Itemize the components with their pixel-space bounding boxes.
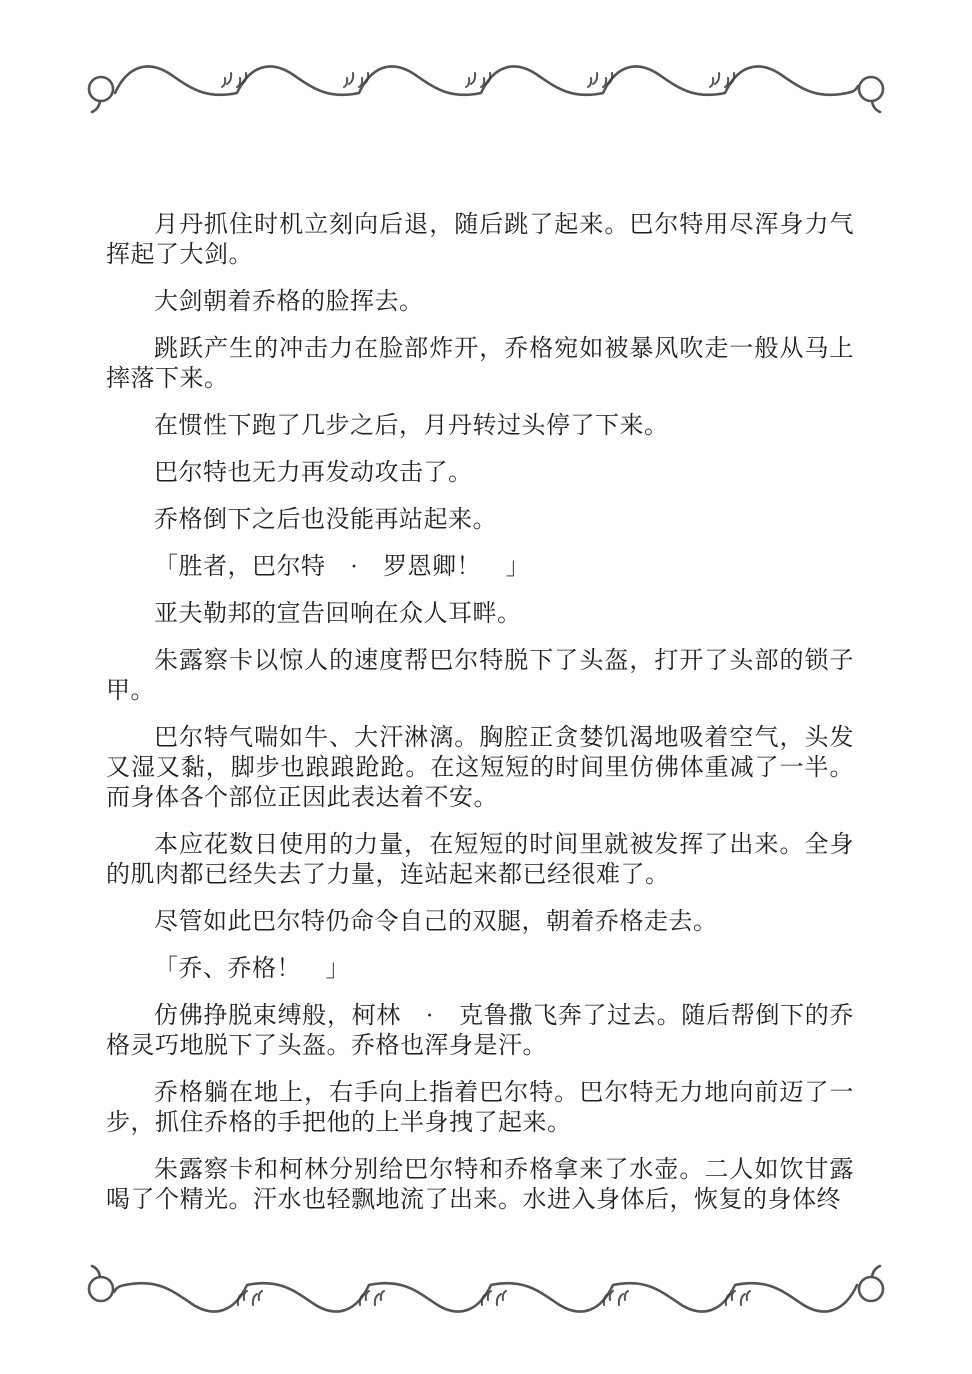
paragraph-dialogue: 「胜者，巴尔特 · 罗恩卿！ 」 xyxy=(106,552,854,582)
paragraph: 在惯性下跑了几步之后，月丹转过头停了下来。 xyxy=(106,411,854,441)
paragraph: 月丹抓住时机立刻向后退，随后跳了起来。巴尔特用尽浑身力气挥起了大剑。 xyxy=(106,210,854,270)
paragraph-dialogue: 「乔、乔格！ 」 xyxy=(106,954,854,984)
paragraph: 尽管如此巴尔特仍命令自己的双腿，朝着乔格走去。 xyxy=(106,907,854,937)
book-page: 月丹抓住时机立刻向后退，随后跳了起来。巴尔特用尽浑身力气挥起了大剑。 大剑朝着乔… xyxy=(0,0,972,1374)
paragraph: 朱露察卡和柯林分别给巴尔特和乔格拿来了水壶。二人如饮甘露喝了个精光。汗水也轻飘地… xyxy=(106,1155,854,1215)
paragraph: 朱露察卡以惊人的速度帮巴尔特脱下了头盔，打开了头部的锁子甲。 xyxy=(106,646,854,706)
paragraph: 乔格躺在地上，右手向上指着巴尔特。巴尔特无力地向前迈了一步，抓住乔格的手把他的上… xyxy=(106,1078,854,1138)
paragraph: 仿佛挣脱束缚般，柯林 · 克鲁撒飞奔了过去。随后帮倒下的乔格灵巧地脱下了头盔。乔… xyxy=(106,1001,854,1061)
bottom-flourish-border-icon xyxy=(71,1262,901,1322)
flourish-ornament-icon xyxy=(71,56,901,116)
paragraph: 大剑朝着乔格的脸挥去。 xyxy=(106,287,854,317)
top-flourish-border-icon xyxy=(71,56,901,116)
paragraph: 巴尔特也无力再发动攻击了。 xyxy=(106,458,854,488)
paragraph: 乔格倒下之后也没能再站起来。 xyxy=(106,505,854,535)
paragraph: 亚夫勒邦的宣告回响在众人耳畔。 xyxy=(106,599,854,629)
paragraph: 跳跃产生的冲击力在脸部炸开，乔格宛如被暴风吹走一般从马上摔落下来。 xyxy=(106,334,854,394)
flourish-ornament-icon xyxy=(71,1262,901,1322)
novel-text: 月丹抓住时机立刻向后退，随后跳了起来。巴尔特用尽浑身力气挥起了大剑。 大剑朝着乔… xyxy=(106,210,854,1232)
paragraph: 本应花数日使用的力量，在短短的时间里就被发挥了出来。全身的肌肉都已经失去了力量，… xyxy=(106,830,854,890)
paragraph: 巴尔特气喘如牛、大汗淋漓。胸腔正贪婪饥渴地吸着空气，头发又湿又黏，脚步也踉踉跄跄… xyxy=(106,723,854,813)
